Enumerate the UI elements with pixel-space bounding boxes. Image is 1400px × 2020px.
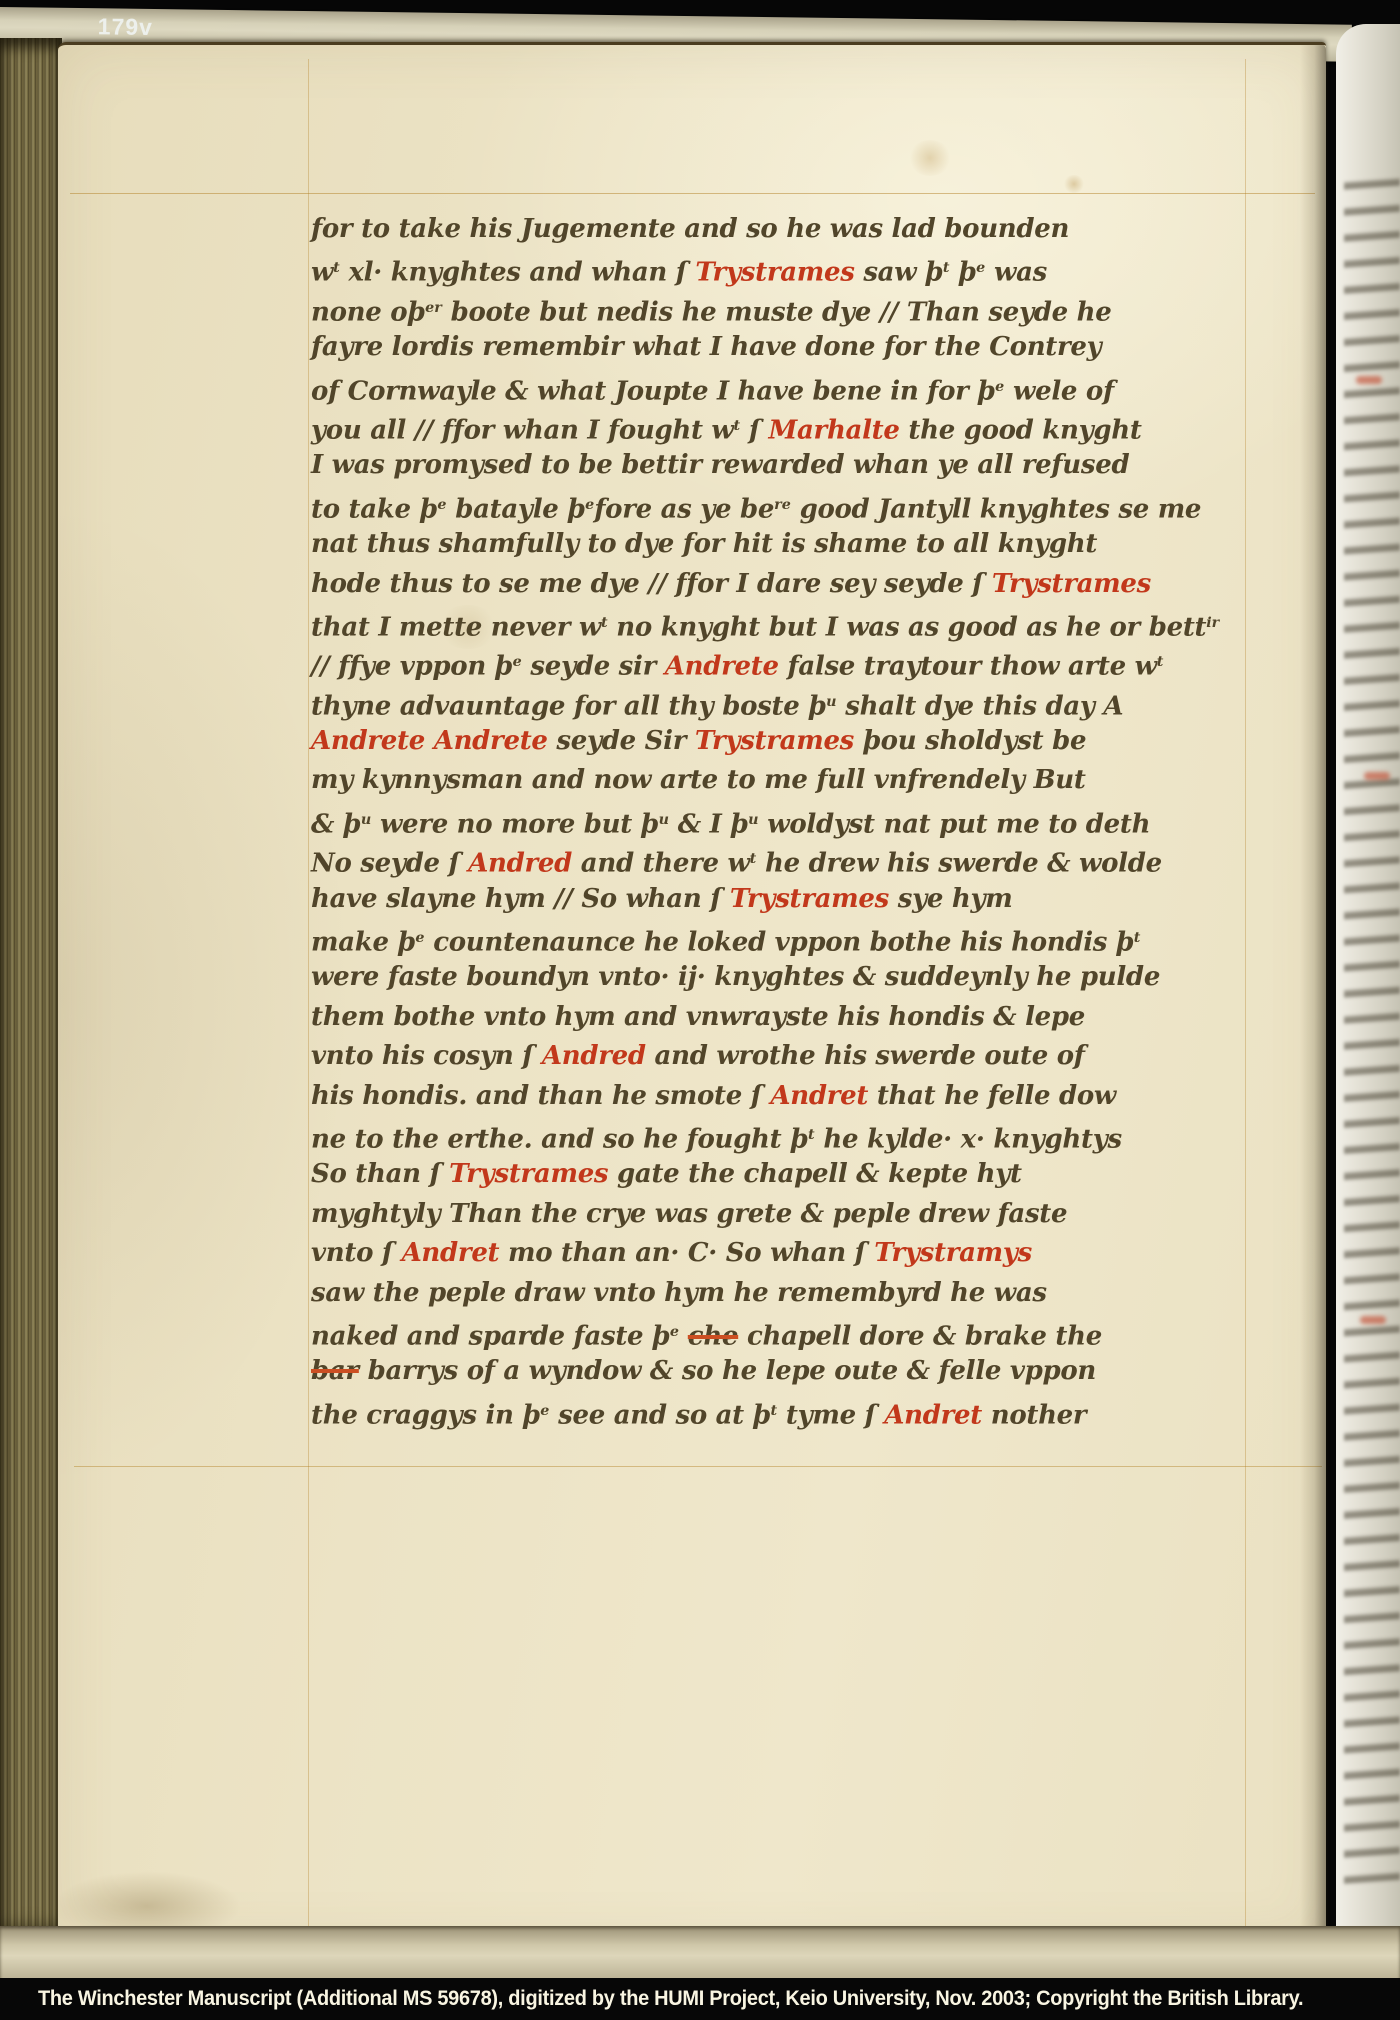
ink-text: thyne advauntage for all thy boste þ (311, 691, 826, 721)
rubricated-name: Andret (884, 1400, 982, 1430)
ink-text: re (774, 497, 791, 513)
show-through-rubric (1356, 376, 1382, 384)
manuscript-line: the craggys in þe see and so at þt tyme … (311, 1392, 1256, 1431)
manuscript-line: you all ∕∕ ffor whan I fought wt ſ Marha… (311, 407, 1256, 446)
ink-text: them bothe vnto hym and vnwrayste his ho… (311, 1002, 1085, 1032)
manuscript-line: wt xl· knyghtes and whan ſ Trystrames sa… (311, 249, 1256, 288)
rubricated-name: Trystrames (730, 884, 889, 914)
ink-text: and there w (572, 849, 750, 879)
manuscript-line: of Cornwayle & what Joupte I have bene i… (311, 368, 1256, 407)
ink-text: no knyght but I was as good as he or bet… (608, 612, 1207, 642)
ink-text: his hondis. and than he smote ſ (311, 1081, 770, 1111)
ink-text: So than ſ (311, 1159, 449, 1189)
ink-text: u (748, 812, 758, 828)
manuscript-line: for to take his Jugemente and so he was … (311, 210, 1256, 249)
ink-text: vnto ſ (311, 1238, 402, 1268)
ink-text: shalt dye this day A (837, 691, 1124, 721)
show-through-text (1344, 174, 1400, 1894)
ink-text: e (585, 497, 594, 513)
manuscript-line: No seyde ſ Andred and there wt he drew h… (311, 840, 1256, 879)
ink-text: saw þ (855, 258, 943, 288)
ink-text: I was promysed to be bettir rewarded wha… (311, 450, 1129, 480)
manuscript-line: were faste boundyn vnto· ij· knyghtes & … (311, 958, 1256, 997)
manuscript-line: thyne advauntage for all thy boste þu sh… (311, 683, 1256, 722)
rubricated-name: Trystrames (695, 726, 854, 756)
manuscript-line: them bothe vnto hym and vnwrayste his ho… (311, 998, 1256, 1037)
ruling-line-vertical-left (308, 59, 309, 1935)
manuscript-line: vnto his cosyn ſ Andred and wrothe his s… (311, 1037, 1256, 1076)
ink-text: e (513, 654, 522, 670)
book-bottom-edge (0, 1926, 1400, 1980)
ink-text: good Jantyll knyghtes se me (791, 494, 1201, 524)
ink-text: saw the peple draw vnto hym he remembyrd… (311, 1278, 1047, 1308)
ink-text: che (688, 1322, 738, 1352)
ink-text: w (311, 258, 333, 288)
ink-text: batayle þ (446, 494, 585, 524)
parchment-stain (908, 140, 952, 176)
page-gutter-shadow (1300, 45, 1326, 1945)
manuscript-line: his hondis. and than he smote ſ Andret t… (311, 1077, 1256, 1116)
ink-text: ir (1206, 615, 1219, 631)
manuscript-line: ∕∕ ffye vppon þe seyde sir Andrete false… (311, 643, 1256, 682)
ink-text: hode thus to se me dye ∕∕ ffor I dare se… (311, 569, 992, 599)
show-through-rubric (1360, 1316, 1386, 1324)
ink-text: e (995, 379, 1004, 395)
ink-text: he drew his swerde & wolde (756, 849, 1162, 879)
ink-text: he kylde· x· knyghtys (815, 1125, 1122, 1155)
ink-text: ∕∕ ffye vppon þ (311, 652, 513, 682)
manuscript-line: nat thus shamfully to dye for hit is sha… (311, 525, 1256, 564)
ink-text: for to take his Jugemente and so he was … (311, 214, 1069, 244)
manuscript-line: vnto ſ Andret mo than an· C· So whan ſ T… (311, 1234, 1256, 1273)
manuscript-line: my kynnysman and now arte to me full vnf… (311, 761, 1256, 800)
ink-text: bar (311, 1356, 359, 1386)
manuscript-line: Andrete Andrete seyde Sir Trystrames þou… (311, 722, 1256, 761)
ink-text: No seyde ſ (311, 849, 468, 879)
ink-text: make þ (311, 928, 415, 958)
rubricated-name: Trystrames (992, 569, 1151, 599)
manuscript-line: hode thus to se me dye ∕∕ ffor I dare se… (311, 565, 1256, 604)
ink-text: t (601, 615, 608, 631)
ink-text: gate the chapell & kepte hyt (608, 1159, 1021, 1189)
ink-text: u (361, 812, 371, 828)
ink-text: false traytour thow arte w (779, 652, 1157, 682)
ink-text: t (1134, 930, 1141, 946)
ink-text: have slayne hym ∕∕ So whan ſ (311, 884, 730, 914)
manuscript-text-block: for to take his Jugemente and so he was … (311, 210, 1256, 1431)
ink-text: to take þ (311, 494, 437, 524)
ink-text: seyde sir (522, 652, 665, 682)
manuscript-line: myghtyly Than the crye was grete & peple… (311, 1195, 1256, 1234)
ink-text: see and so at þ (549, 1400, 770, 1430)
ink-text: u (659, 812, 669, 828)
ink-text: tyme ſ (777, 1400, 884, 1430)
rubricated-name: Marhalte (769, 416, 900, 446)
ink-text: & þ (311, 809, 361, 839)
ink-text: that he felle dow (868, 1081, 1116, 1111)
ink-text: chapell dore & brake the (738, 1322, 1102, 1352)
ink-text: the craggys in þ (311, 1400, 540, 1430)
manuscript-line: & þu were no more but þu & I þu woldyst … (311, 801, 1256, 840)
ink-text (679, 1322, 688, 1352)
ink-text: were faste boundyn vnto· ij· knyghtes & … (311, 962, 1160, 992)
adjacent-page-edge (1336, 24, 1400, 1980)
manuscript-line: fayre lordis remembir what I have done f… (311, 328, 1256, 367)
ink-text: you all ∕∕ ffor whan I fought w (311, 416, 734, 446)
folio-number-label: 179v (98, 13, 154, 41)
ink-text: e (976, 260, 985, 276)
rubricated-name: Andred (468, 849, 572, 879)
caption-bar: The Winchester Manuscript (Additional MS… (0, 1978, 1400, 2020)
ink-text: e (670, 1324, 679, 1340)
ruling-line-horizontal-bottom (74, 1466, 1322, 1467)
ink-text: sye hym (889, 884, 1013, 914)
ink-text: er (425, 300, 442, 316)
ink-text: t (943, 260, 950, 276)
ink-text: were no more but þ (371, 809, 658, 839)
ink-text: fayre lordis remembir what I have done f… (311, 332, 1101, 362)
book-left-page-edges (0, 38, 62, 1940)
ink-text: þ (950, 258, 977, 288)
manuscript-page: for to take his Jugemente and so he was … (58, 42, 1326, 1945)
manuscript-line: I was promysed to be bettir rewarded wha… (311, 446, 1256, 485)
ink-text: ſ (740, 416, 768, 446)
manuscript-line: that I mette never wt no knyght but I wa… (311, 604, 1256, 643)
manuscript-line: So than ſ Trystrames gate the chapell & … (311, 1155, 1256, 1194)
rubricated-name: Andret (770, 1081, 868, 1111)
manuscript-line: saw the peple draw vnto hym he remembyrd… (311, 1274, 1256, 1313)
parchment-stain (1063, 175, 1085, 193)
ink-text: vnto his cosyn ſ (311, 1041, 542, 1071)
ink-text: boote but nedis he muste dye ∕∕ Than sey… (442, 297, 1112, 327)
ink-text: nat thus shamfully to dye for hit is sha… (311, 529, 1097, 559)
ink-text: t (333, 260, 340, 276)
ink-text: my kynnysman and now arte to me full vnf… (311, 765, 1086, 795)
rubricated-name: Andred (542, 1041, 646, 1071)
ink-text: wele of (1004, 376, 1114, 406)
ink-text: the good knyght (900, 416, 1142, 446)
ink-text: þou sholdyst be (854, 726, 1086, 756)
manuscript-line: none oþer boote but nedis he muste dye ∕… (311, 289, 1256, 328)
ink-text: xl· knyghtes and whan ſ (340, 258, 696, 288)
manuscript-line: naked and sparde faste þe che chapell do… (311, 1313, 1256, 1352)
ink-text: seyde Sir (548, 726, 695, 756)
ink-text: mo than an· C· So whan ſ (499, 1238, 874, 1268)
ink-text: myghtyly Than the crye was grete & peple… (311, 1199, 1067, 1229)
ink-text: ne to the erthe. and so he fought þ (311, 1125, 808, 1155)
ink-text: e (540, 1403, 549, 1419)
rubricated-name: Andrete (665, 652, 779, 682)
rubricated-name: Andrete Andrete (311, 726, 548, 756)
ink-text: naked and sparde faste þ (311, 1322, 670, 1352)
ink-text: fore as ye be (594, 494, 774, 524)
rubricated-name: Andret (402, 1238, 500, 1268)
rubricated-name: Trystramys (874, 1238, 1032, 1268)
manuscript-line: ne to the erthe. and so he fought þt he … (311, 1116, 1256, 1155)
show-through-rubric (1364, 772, 1390, 780)
rubricated-name: Trystrames (449, 1159, 608, 1189)
ink-text: was (985, 258, 1047, 288)
manuscript-line: to take þe batayle þefore as ye bere goo… (311, 486, 1256, 525)
ink-text: and wrothe his swerde oute of (646, 1041, 1085, 1071)
rubricated-name: Trystrames (695, 258, 854, 288)
ink-text: woldyst nat put me to deth (759, 809, 1151, 839)
ink-text: u (826, 694, 836, 710)
ink-text: & I þ (669, 809, 748, 839)
manuscript-line: make þe countenaunce he loked vppon both… (311, 919, 1256, 958)
ink-text: t (808, 1127, 815, 1143)
ruling-line-horizontal-top (70, 193, 1315, 194)
ink-text: none oþ (311, 297, 425, 327)
ink-text: of Cornwayle & what Joupte I have bene i… (311, 376, 995, 406)
ink-text: t (1157, 654, 1164, 670)
ink-text: countenaunce he loked vppon bothe his ho… (424, 928, 1133, 958)
caption-text: The Winchester Manuscript (Additional MS… (38, 1978, 1303, 2019)
ink-text: that I mette never w (311, 612, 601, 642)
ink-text: nother (982, 1400, 1086, 1430)
ink-text: barrys of a wyndow & so he lepe oute & f… (359, 1356, 1096, 1386)
manuscript-line: bar barrys of a wyndow & so he lepe oute… (311, 1352, 1256, 1391)
manuscript-line: have slayne hym ∕∕ So whan ſ Trystrames … (311, 880, 1256, 919)
